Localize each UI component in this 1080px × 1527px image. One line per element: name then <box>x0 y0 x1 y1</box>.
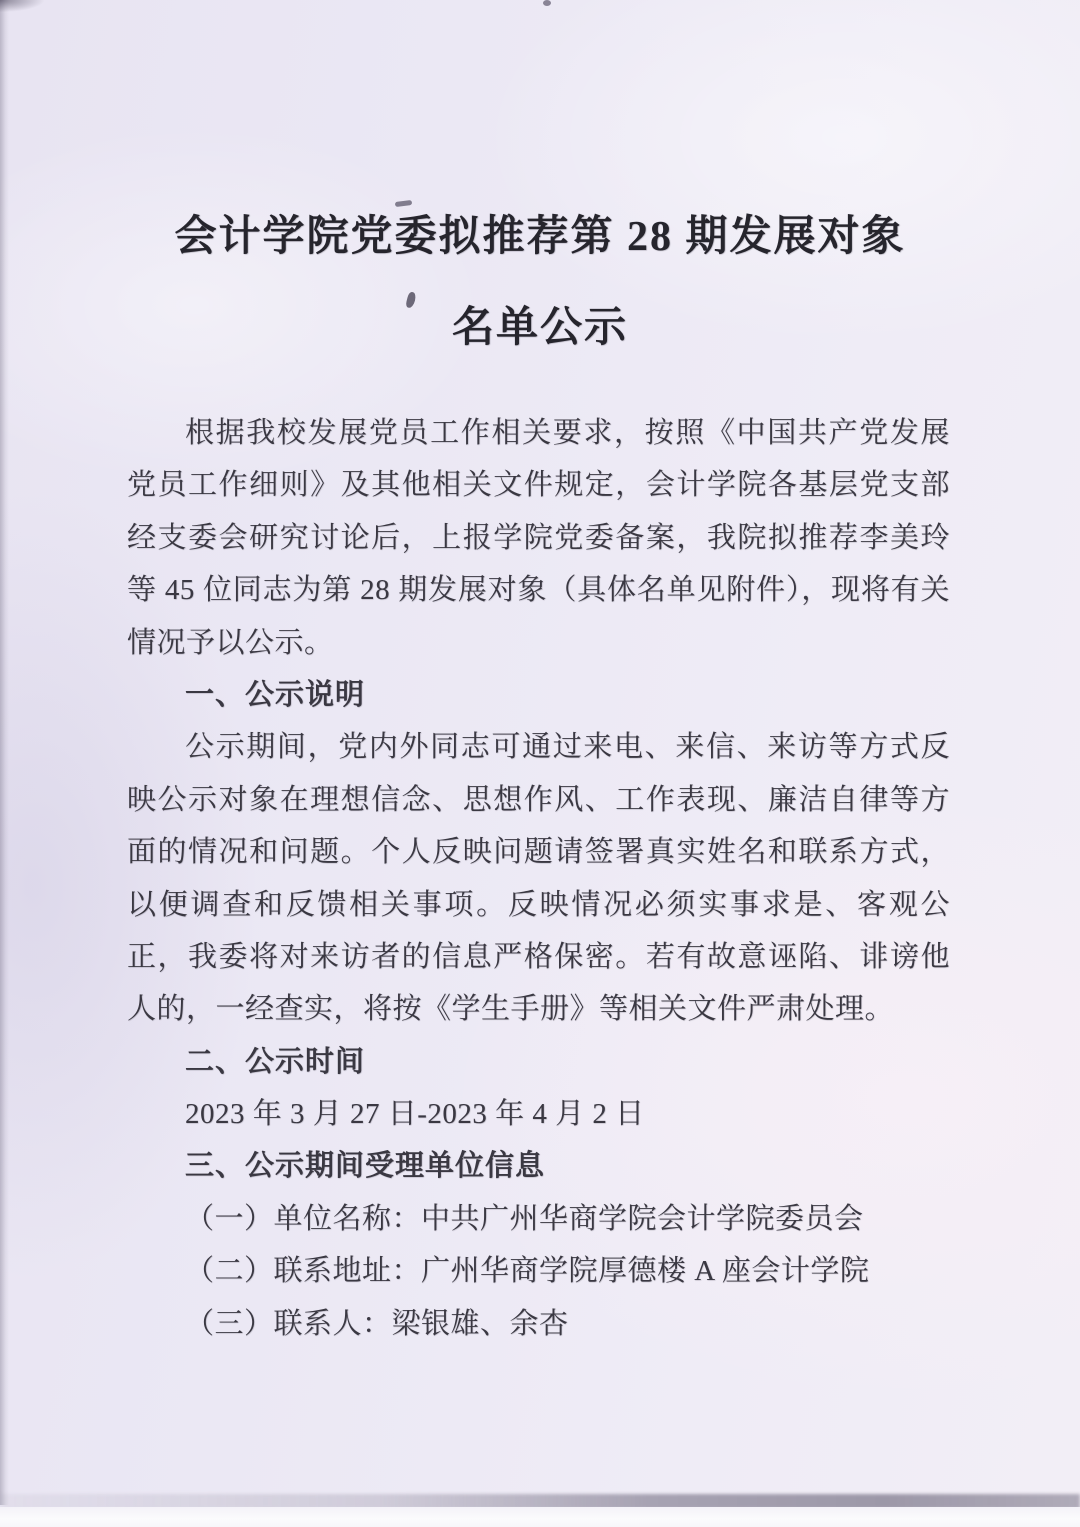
notice-body: 根据我校发展党员工作相关要求，按照《中国共产党发展 党员工作细则》及其他相关文件… <box>127 407 950 1350</box>
intro-line-5: 情况予以公示。 <box>127 617 950 669</box>
rules-line-2: 映公示对象在理想信念、思想作风、工作表现、廉洁自律等方 <box>127 774 950 826</box>
intro-line-3: 经支委会研究讨论后，上报学院党委备案，我院拟推荐李美玲 <box>127 512 950 564</box>
scan-corner-smudge <box>0 0 44 12</box>
rules-line-4: 以便调查和反馈相关事项。反映情况必须实事求是、客观公 <box>127 879 950 931</box>
publicity-period: 2023 年 3 月 27 日-2023 年 4 月 2 日 <box>127 1088 950 1140</box>
contact-address: （二）联系地址：广州华商学院厚德楼 A 座会计学院 <box>127 1245 950 1297</box>
rules-line-3: 面的情况和问题。个人反映问题请签署真实姓名和联系方式， <box>127 826 950 878</box>
intro-line-4: 等 45 位同志为第 28 期发展对象（具体名单见附件），现将有关 <box>127 564 950 616</box>
scanned-notice-page: 会计学院党委拟推荐第 28 期发展对象 名单公示 根据我校发展党员工作相关要求，… <box>0 0 1080 1527</box>
rules-line-5: 正，我委将对来访者的信息严格保密。若有故意诬陷、诽谤他 <box>127 931 950 983</box>
section-heading-time: 二、公示时间 <box>127 1036 950 1088</box>
section-heading-unit-info: 三、公示期间受理单位信息 <box>127 1140 950 1192</box>
scan-speck <box>395 200 412 207</box>
contact-unit-name: （一）单位名称：中共广州华商学院会计学院委员会 <box>127 1193 950 1245</box>
section-heading-description: 一、公示说明 <box>127 669 950 721</box>
scanner-background-strip <box>0 1507 1080 1527</box>
contact-person: （三）联系人：梁银雄、余杏 <box>127 1298 950 1350</box>
rules-line-6: 人的，一经查实，将按《学生手册》等相关文件严肃处理。 <box>127 983 950 1035</box>
scan-speck <box>543 0 551 6</box>
notice-title-line-1: 会计学院党委拟推荐第 28 期发展对象 <box>0 208 1080 266</box>
intro-line-2: 党员工作细则》及其他相关文件规定，会计学院各基层党支部 <box>127 459 950 511</box>
intro-line-1: 根据我校发展党员工作相关要求，按照《中国共产党发展 <box>127 407 950 459</box>
notice-title-line-2: 名单公示 <box>0 300 1080 356</box>
rules-line-1: 公示期间，党内外同志可通过来电、来信、来访等方式反 <box>127 721 950 773</box>
